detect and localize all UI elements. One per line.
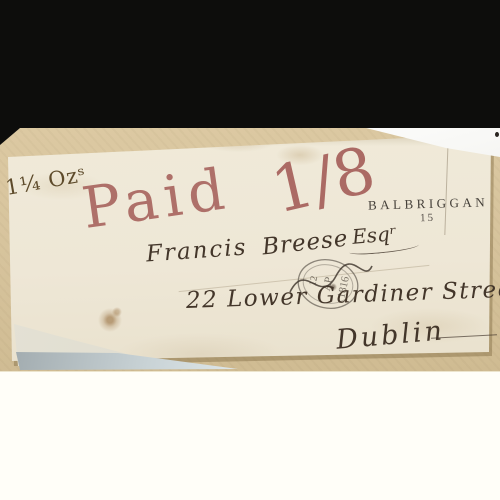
white-margin bbox=[0, 371, 500, 500]
album-page-photo: 12 AP 1816 1¼ Ozˢ Paid 1/8 BALBRIGGAN 15… bbox=[0, 128, 500, 371]
backdrop-corner-wedge bbox=[0, 128, 20, 145]
black-backdrop bbox=[0, 0, 500, 128]
balbriggan-mileage-number: 15 bbox=[420, 212, 435, 224]
photo-of-postal-cover: 12 AP 1816 1¼ Ozˢ Paid 1/8 BALBRIGGAN 15… bbox=[0, 0, 500, 500]
edge-ink-mark bbox=[495, 132, 499, 137]
balbriggan-town-stamp: BALBRIGGAN bbox=[368, 194, 489, 213]
